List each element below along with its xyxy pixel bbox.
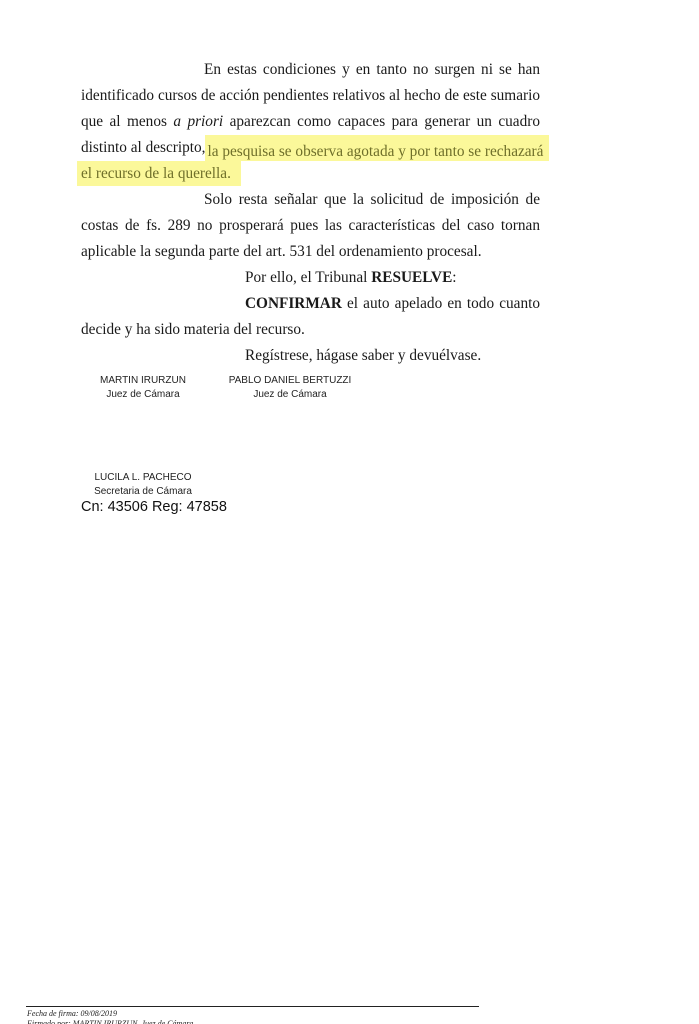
footer-divider bbox=[26, 1006, 479, 1007]
text: decide y ha sido materia del recurso. bbox=[81, 321, 305, 338]
resolution-closing: Regístrese, hágase saber y devuélvase. bbox=[81, 343, 540, 369]
signer-name: LUCILA L. PACHECO bbox=[78, 471, 208, 485]
text: Regístrese, hágase saber y devuélvase. bbox=[245, 347, 481, 364]
signed-by: Firmado por: MARTIN IRURZUN, Juez de Cám… bbox=[27, 1019, 193, 1024]
text: que al menos bbox=[81, 113, 167, 130]
text-line: distinto al descripto,la pesquisa se obs… bbox=[81, 135, 540, 161]
text: Por ello, el Tribunal bbox=[245, 269, 367, 286]
signature-date: Fecha de firma: 09/08/2019 bbox=[27, 1009, 193, 1019]
text: : bbox=[452, 269, 456, 286]
text: aplicable la segunda parte del art. 531 … bbox=[81, 243, 482, 260]
text: identificado cursos de acción pendientes… bbox=[81, 87, 540, 104]
bold-text: CONFIRMAR bbox=[245, 295, 342, 312]
signature-block-pacheco: LUCILA L. PACHECO Secretaria de Cámara bbox=[78, 471, 208, 499]
text-line: aplicable la segunda parte del art. 531 … bbox=[81, 239, 540, 265]
signer-name: PABLO DANIEL BERTUZZI bbox=[220, 374, 360, 388]
text-line: Solo resta señalar que la solicitud de i… bbox=[81, 187, 540, 213]
text: En estas condiciones y en tanto no surge… bbox=[204, 61, 540, 78]
text: el auto apelado en todo cuanto bbox=[347, 295, 540, 312]
signer-title: Secretaria de Cámara bbox=[78, 485, 208, 499]
footer-signature-info: Fecha de firma: 09/08/2019 Firmado por: … bbox=[27, 1009, 193, 1024]
text-line: costas de fs. 289 no prosperará pues las… bbox=[81, 213, 540, 239]
case-reference: Cn: 43506 Reg: 47858 bbox=[81, 499, 227, 515]
text: Solo resta señalar que la solicitud de i… bbox=[204, 191, 540, 208]
signature-block-irurzun: MARTIN IRURZUN Juez de Cámara bbox=[88, 374, 198, 402]
signer-title: Juez de Cámara bbox=[220, 388, 360, 402]
highlighted-text: la pesquisa se observa agotada y por tan… bbox=[205, 135, 549, 161]
paragraph-conditions: En estas condiciones y en tanto no surge… bbox=[81, 57, 540, 187]
text: costas de fs. 289 no prosperará pues las… bbox=[81, 217, 540, 234]
text-line: identificado cursos de acción pendientes… bbox=[81, 83, 540, 109]
resolution-intro: Por ello, el Tribunal RESUELVE: bbox=[81, 265, 540, 291]
resolution-confirm: CONFIRMAR el auto apelado en todo cuanto bbox=[81, 291, 540, 317]
italic-text: a priori bbox=[173, 113, 223, 130]
text-line: En estas condiciones y en tanto no surge… bbox=[81, 57, 540, 83]
text-line: decide y ha sido materia del recurso. bbox=[81, 317, 540, 343]
paragraph-costs: Solo resta señalar que la solicitud de i… bbox=[81, 187, 540, 265]
resolution-section: Por ello, el Tribunal RESUELVE: CONFIRMA… bbox=[81, 265, 540, 369]
signer-title: Juez de Cámara bbox=[88, 388, 198, 402]
bold-text: RESUELVE bbox=[371, 269, 452, 286]
text: aparezcan como capaces para generar un c… bbox=[230, 113, 540, 130]
text-line: que al menos a priori aparezcan como cap… bbox=[81, 109, 540, 135]
text: distinto al descripto, bbox=[81, 135, 205, 161]
signer-name: MARTIN IRURZUN bbox=[88, 374, 198, 388]
signature-block-bertuzzi: PABLO DANIEL BERTUZZI Juez de Cámara bbox=[220, 374, 360, 402]
highlighted-text: el recurso de la querella. bbox=[77, 161, 241, 186]
